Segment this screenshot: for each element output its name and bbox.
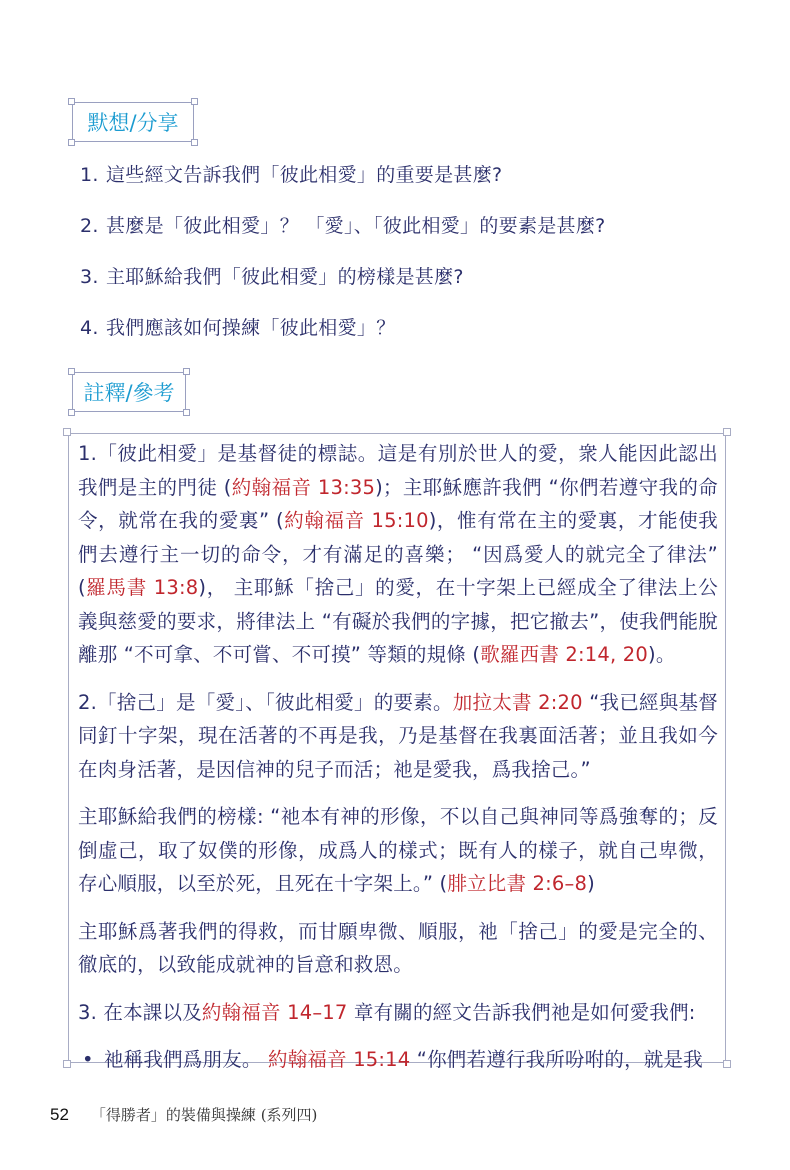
frame-corner-ornament <box>63 428 71 436</box>
question-item: 1.這些經文告訴我們「彼此相愛」的重要是甚麼? <box>80 158 720 209</box>
scripture-reference: 腓立比書 2:6–8 <box>447 872 587 895</box>
section-heading-notes-text: 註釋/參考 <box>83 377 174 407</box>
scripture-reference: 加拉太書 2:20 <box>453 691 583 714</box>
frame-corner-ornament <box>63 1060 71 1068</box>
question-item: 4.我們應該如何操練「彼此相愛」？ <box>80 311 720 362</box>
note-bullet-item: •祂稱我們爲朋友。 約翰福音 15:14 “你們若遵行我所吩咐的，就是我 <box>78 1043 718 1077</box>
note-paragraph-3: 主耶穌給我們的榜樣: “祂本有神的形像，不以自己與神同等爲強奪的；反倒虛己，取了… <box>78 800 718 901</box>
frame-corner-ornament <box>723 1060 731 1068</box>
note-paragraph-2: 2.「捨己」是「愛」、「彼此相愛」的要素。加拉太書 2:20 “我已經與基督同釘… <box>78 686 718 787</box>
section-heading-reflection-text: 默想/分享 <box>87 107 178 137</box>
question-item: 2.甚麼是「彼此相愛」？ 「愛」、「彼此相愛」的要素是甚麼? <box>80 209 720 260</box>
frame-corner-ornament <box>723 428 731 436</box>
reflection-question-list: 1.這些經文告訴我們「彼此相愛」的重要是甚麼? 2.甚麼是「彼此相愛」？ 「愛」… <box>80 158 720 362</box>
scripture-reference: 約翰福音 14–17 <box>202 1001 348 1024</box>
scripture-reference: 羅馬書 13:8 <box>86 576 199 599</box>
note-paragraph-4: 主耶穌爲著我們的得救，而甘願卑微、順服，祂「捨己」的愛是完全的、徹底的，以致能成… <box>78 915 718 982</box>
scripture-reference: 約翰福音 15:14 <box>268 1048 410 1071</box>
bullet-icon: • <box>78 1043 104 1077</box>
page-footer: 52 「得勝者」的裝備與操練 (系列四) <box>50 1104 317 1125</box>
scripture-reference: 約翰福音 15:10 <box>284 509 429 532</box>
page-number: 52 <box>50 1105 69 1125</box>
scripture-reference: 約翰福音 13:35 <box>232 476 376 499</box>
note-paragraph-5: 3. 在本課以及約翰福音 14–17 章有關的經文告訴我們祂是如何愛我們: <box>78 996 718 1030</box>
section-heading-notes: 註釋/參考 <box>72 372 186 412</box>
section-heading-reflection: 默想/分享 <box>72 102 194 142</box>
notes-content: 1.「彼此相愛」是基督徒的標誌。這是有別於世人的愛，衆人能因此認出我們是主的門徒… <box>78 437 718 1091</box>
scripture-reference: 歌羅西書 2:14, 20 <box>480 643 648 666</box>
question-item: 3.主耶穌給我們「彼此相愛」的榜樣是甚麼? <box>80 260 720 311</box>
note-paragraph-1: 1.「彼此相愛」是基督徒的標誌。這是有別於世人的愛，衆人能因此認出我們是主的門徒… <box>78 437 718 672</box>
book-title: 「得勝者」的裝備與操練 (系列四) <box>91 1104 317 1125</box>
